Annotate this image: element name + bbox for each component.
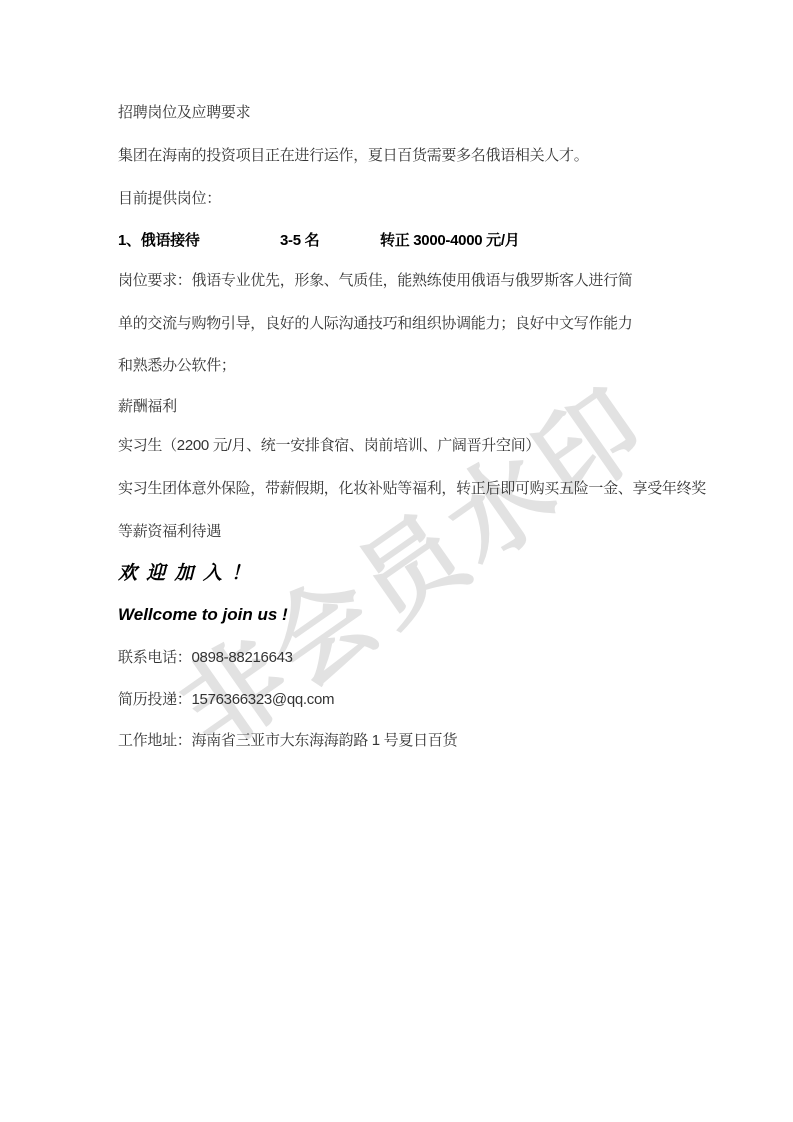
requirements-line-2: 单的交流与购物引导，良好的人际沟通技巧和组织协调能力；良好中文写作能力 [118, 314, 633, 334]
job-headcount: 3-5 名 [280, 231, 319, 251]
document-page: 非会员水印 招聘岗位及应聘要求 集团在海南的投资项目正在进行运作，夏日百货需要多… [0, 0, 793, 1122]
positions-lead: 目前提供岗位： [118, 189, 221, 209]
job-salary: 转正 3000-4000 元/月 [380, 231, 519, 251]
job-title-line: 1、俄语接待 3-5 名 转正 3000-4000 元/月 [118, 231, 678, 251]
job-number-title: 1、俄语接待 [118, 232, 200, 249]
welcome-en: Wellcome to join us ! [118, 604, 288, 626]
intro-line: 集团在海南的投资项目正在进行运作，夏日百货需要多名俄语相关人才。 [118, 146, 588, 166]
work-address: 工作地址：海南省三亚市大东海海韵路 1 号夏日百货 [118, 731, 457, 751]
welcome-cn: 欢 迎 加 入 ！ [118, 562, 252, 586]
requirements-line-1: 岗位要求：俄语专业优先，形象、气质佳，能熟练使用俄语与俄罗斯客人进行简 [118, 271, 633, 291]
requirements-line-3: 和熟悉办公软件； [118, 356, 236, 376]
contact-phone: 联系电话：0898-88216643 [118, 648, 293, 668]
benefits-line-2: 等薪资福利待遇 [118, 522, 221, 542]
benefits-line-1: 实习生团体意外保险，带薪假期，化妆补贴等福利，转正后即可购买五险一金、享受年终奖 [118, 479, 706, 499]
benefits-heading: 薪酬福利 [118, 397, 177, 417]
recruit-heading: 招聘岗位及应聘要求 [118, 103, 250, 123]
resume-email: 简历投递：1576366323@qq.com [118, 690, 334, 710]
intern-salary-line: 实习生（2200 元/月、统一安排食宿、岗前培训、广阔晋升空间） [118, 436, 540, 456]
